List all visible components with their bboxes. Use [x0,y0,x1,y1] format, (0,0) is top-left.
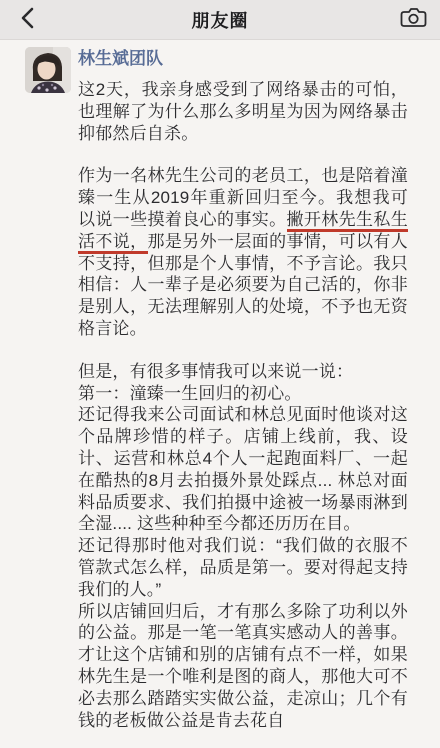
post-paragraph: 所以店铺回归后，才有那么多除了功利以外的公益。那是一笔一笔真实感动人的善事。才让… [78,601,408,732]
post-paragraph: 但是，有很多事情我可以来说一说： [78,361,408,383]
post-text: 这2天，我亲身感受到了网络暴击的可怕，也理解了为什么那么多明星为因为网络暴击抑郁… [78,80,408,143]
post-body: 这2天，我亲身感受到了网络暴击的可怕，也理解了为什么那么多明星为因为网络暴击抑郁… [78,79,408,731]
chevron-left-icon [20,7,34,34]
avatar[interactable] [25,47,71,93]
post-paragraph: 还记得我来公司面试和林总见面时他谈对这个品牌珍惜的样子。店铺上线前，我、设计、运… [78,404,408,535]
post-text: 第一：潼臻一生回归的初心。 [78,384,302,403]
author-name[interactable]: 林生斌团队 [78,48,408,70]
camera-icon [400,6,427,34]
post-text: 所以店铺回归后，才有那么多除了功利以外的公益。那是一笔一笔真实感动人的善事。才让… [78,602,408,730]
post-paragraph: 还记得那时他对我们说：“我们做的衣服不管款式怎么样，品质是第一。要对得起支持我们… [78,535,408,600]
post: 林生斌团队 这2天，我亲身感受到了网络暴击的可怕，也理解了为什么那么多明星为因为… [78,48,408,731]
nav-bar: 朋友圈 [0,0,440,40]
back-button[interactable] [14,7,40,33]
post-paragraph: 第一：潼臻一生回归的初心。 [78,383,408,405]
post-text: 还记得我来公司面试和林总见面时他谈对这个品牌珍惜的样子。店铺上线前，我、设计、运… [78,405,408,533]
post-paragraph: 这2天，我亲身感受到了网络暴击的可怕，也理解了为什么那么多明星为因为网络暴击抑郁… [78,79,408,144]
post-paragraph: 作为一名林先生公司的老员工，也是陪着潼臻一生从2019年重新回归至今。我想我可以… [78,165,408,339]
moments-screen: 朋友圈 林生斌团队 这2天，我亲身感受到了 [0,0,440,748]
post-text: 但是，有很多事情我可以来说一说： [78,362,353,381]
avatar-image [25,47,71,93]
page-title: 朋友圈 [192,7,249,33]
post-text: 还记得那时他对我们说：“我们做的衣服不管款式怎么样，品质是第一。要对得起支持我们… [78,536,408,599]
camera-button[interactable] [399,7,427,33]
